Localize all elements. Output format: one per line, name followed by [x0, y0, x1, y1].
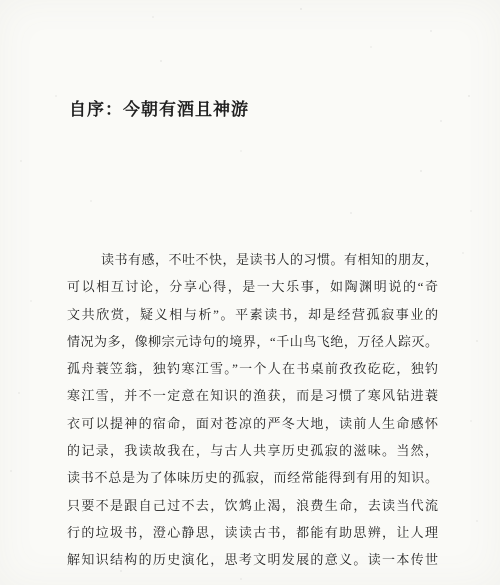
- scan-noise-specks: [0, 0, 2, 2]
- paragraph-line: 寒江雪，并不一定意在知识的渔获，而是习惯了寒风钻进蓑: [67, 382, 438, 409]
- paragraph-line: 可以相互讨论，分享心得，是一大乐事，如陶渊明说的“奇: [67, 273, 438, 300]
- paragraph-line: 孤舟蓑笠翁，独钓寒江雪。”一个人在书桌前孜孜矻矻，独钓: [67, 355, 438, 382]
- paragraph-line: 衣可以提神的宿命，面对苍凉的严冬大地，读前人生命感怀: [67, 410, 438, 437]
- paragraph-line: 解知识结构的历史演化，思考文明发展的意义。读一本传世: [67, 546, 438, 573]
- paragraph-line: 读书不总是为了体味历史的孤寂，而经常能得到有用的知识。: [67, 464, 438, 491]
- paragraph-line: 只要不是跟自己过不去，饮鸩止渴，浪费生命，去读当代流: [67, 492, 438, 519]
- chapter-title: 自序：今朝有酒且神游: [69, 95, 249, 120]
- paragraph-line: 文共欣赏，疑义相与析”。平素读书，却是经营孤寂事业的: [67, 301, 438, 328]
- book-page: 自序：今朝有酒且神游 读书有感，不吐不快，是读书人的习惯。有相知的朋友，可以相互…: [0, 0, 500, 585]
- body-paragraph: 读书有感，不吐不快，是读书人的习惯。有相知的朋友，可以相互讨论，分享心得，是一大…: [67, 246, 438, 574]
- paragraph-line: 的记录，我读故我在，与古人共享历史孤寂的滋味。当然，: [67, 437, 438, 464]
- paragraph-line: 读书有感，不吐不快，是读书人的习惯。有相知的朋友，: [67, 246, 438, 273]
- paragraph-line: 行的垃圾书，澄心静思，读读古书，都能有助思辨，让人理: [67, 519, 438, 546]
- paragraph-line: 情况为多，像柳宗元诗句的境界，“千山鸟飞绝，万径人踪灭。: [67, 328, 438, 355]
